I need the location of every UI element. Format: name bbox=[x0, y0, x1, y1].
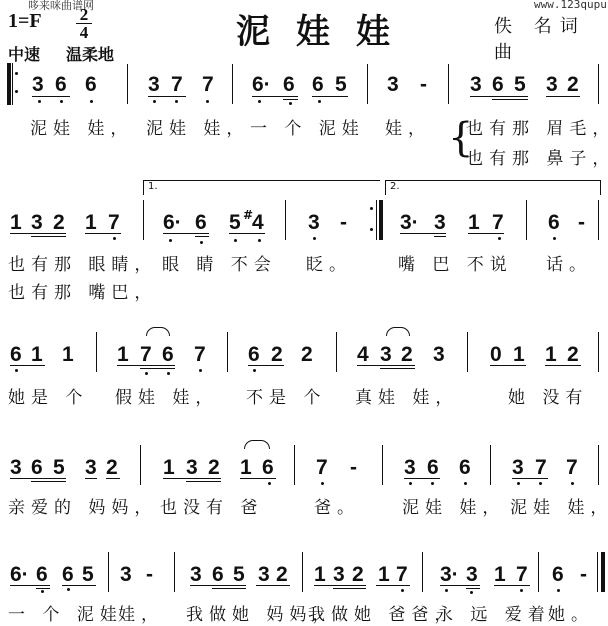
key-signature: 1=F bbox=[8, 10, 42, 33]
time-sig-bottom: 4 bbox=[80, 23, 89, 42]
note: 3 bbox=[387, 74, 399, 96]
note: 6 bbox=[459, 457, 471, 479]
lyric: 我做她 爸爸， bbox=[308, 600, 457, 625]
note: 6· bbox=[163, 212, 182, 234]
note: 6 bbox=[427, 457, 439, 479]
lyric: 也有那 眼睛， bbox=[8, 250, 157, 275]
song-title: 泥娃娃 bbox=[236, 4, 416, 53]
note: 3 bbox=[466, 564, 478, 586]
note: 3 bbox=[333, 564, 345, 586]
author-credit: 佚 名词曲 bbox=[494, 12, 608, 64]
note: 3 bbox=[434, 212, 446, 234]
note: 6 bbox=[62, 564, 74, 586]
lyric: 泥娃 娃， bbox=[146, 114, 249, 139]
lyric: 眨。 bbox=[306, 250, 352, 275]
note: 7 bbox=[108, 212, 120, 234]
lyric: 话。 bbox=[546, 250, 592, 275]
note: 3 bbox=[148, 74, 160, 96]
note: - bbox=[580, 564, 587, 586]
note: 7 bbox=[316, 457, 328, 479]
note: 6 bbox=[548, 212, 560, 234]
note: 3 bbox=[32, 74, 44, 96]
note: 7 bbox=[171, 74, 183, 96]
note: 7 bbox=[140, 344, 152, 366]
slur bbox=[386, 327, 410, 336]
lyric: 泥娃 娃， bbox=[402, 493, 505, 518]
volta-2: 2. bbox=[385, 180, 601, 195]
note: 7 bbox=[566, 457, 578, 479]
lyric: 亲爱的 妈妈， bbox=[8, 493, 157, 518]
note: 6 bbox=[195, 212, 207, 234]
lyric: 也没有 爸 bbox=[160, 493, 263, 518]
note: 6 bbox=[212, 564, 224, 586]
note: 3 bbox=[31, 212, 43, 234]
note: - bbox=[350, 457, 357, 479]
note: 2 bbox=[352, 564, 364, 586]
note: 2 bbox=[271, 344, 283, 366]
note: - bbox=[146, 564, 153, 586]
lyric: 眼 睛 不会 bbox=[162, 250, 277, 275]
lyric: 她是 个 bbox=[8, 383, 88, 408]
note: 5 bbox=[82, 564, 94, 586]
note: 1 bbox=[314, 564, 326, 586]
lyric: 嘴 巴 不说 bbox=[398, 250, 513, 275]
note: 1 bbox=[117, 344, 129, 366]
note: 1 bbox=[545, 344, 557, 366]
note: 6 bbox=[10, 344, 22, 366]
note: 7 bbox=[492, 212, 504, 234]
note: 5 bbox=[53, 457, 65, 479]
note: 3 bbox=[433, 344, 445, 366]
note: 2 bbox=[401, 344, 413, 366]
note: - bbox=[340, 212, 347, 234]
lyric: 爸。 bbox=[314, 493, 360, 518]
expression-marking: 温柔地 bbox=[66, 42, 114, 65]
lyric: 真娃 娃， bbox=[355, 383, 458, 408]
note: 3 bbox=[546, 74, 558, 96]
lyric: 永 远 爱着 bbox=[436, 600, 551, 625]
note: 2 bbox=[567, 344, 579, 366]
note: 6 bbox=[85, 74, 97, 96]
note: 2 bbox=[106, 457, 118, 479]
note: 3 bbox=[186, 457, 198, 479]
note: 6 bbox=[162, 344, 174, 366]
note: 3 bbox=[120, 564, 132, 586]
note: 7 bbox=[202, 74, 214, 96]
note: 3 bbox=[258, 564, 270, 586]
note: 1 bbox=[85, 212, 97, 234]
note: - bbox=[420, 74, 427, 96]
note: 6 bbox=[36, 564, 48, 586]
tempo-marking: 中速 bbox=[8, 42, 40, 65]
lyric: 泥娃 娃， bbox=[510, 493, 608, 518]
note: 1 bbox=[31, 344, 43, 366]
note: 5 bbox=[229, 212, 241, 234]
lyric: 不是 个 bbox=[246, 383, 326, 408]
note: - bbox=[578, 212, 585, 234]
note: 1 bbox=[240, 457, 252, 479]
note: 1 bbox=[10, 212, 22, 234]
lyric: 娃， bbox=[118, 600, 164, 625]
note: 6 bbox=[312, 74, 324, 96]
note: 6 bbox=[492, 74, 504, 96]
note: 2 bbox=[567, 74, 579, 96]
note: 7 bbox=[396, 564, 408, 586]
site-url: www.123qupu. bbox=[534, 0, 608, 11]
note: 1 bbox=[163, 457, 175, 479]
note: 6 bbox=[283, 74, 295, 96]
lyric: 一 个 泥娃 bbox=[8, 600, 123, 625]
note: 3 bbox=[190, 564, 202, 586]
note: 7 bbox=[194, 344, 206, 366]
lyric: 一 个 泥娃 bbox=[250, 114, 365, 139]
time-sig-top: 2 bbox=[80, 5, 89, 24]
lyric: 她 没有 bbox=[508, 383, 588, 408]
note: 6 bbox=[55, 74, 67, 96]
note: 7 bbox=[516, 564, 528, 586]
note: 6 bbox=[248, 344, 260, 366]
lyric: 娃， bbox=[385, 114, 431, 139]
note: 3 bbox=[85, 457, 97, 479]
note: 6 bbox=[31, 457, 43, 479]
note: 5 bbox=[233, 564, 245, 586]
note: 1 bbox=[468, 212, 480, 234]
note: 4 bbox=[252, 212, 264, 234]
lyric: 她。 bbox=[548, 600, 594, 625]
lyric: 泥娃 娃， bbox=[30, 114, 133, 139]
note: 1 bbox=[62, 344, 74, 366]
note: 6 bbox=[552, 564, 564, 586]
note: 0 bbox=[490, 344, 502, 366]
slur bbox=[244, 440, 270, 449]
lyric: 假娃 娃， bbox=[115, 383, 218, 408]
note: 2 bbox=[301, 344, 313, 366]
note: 3 bbox=[308, 212, 320, 234]
lyric-verse-2: 也有那 鼻子， bbox=[466, 144, 608, 169]
time-signature: 2 4 bbox=[72, 6, 96, 41]
note: 3 bbox=[380, 344, 392, 366]
note: 5 bbox=[514, 74, 526, 96]
volta-1: 1. bbox=[143, 180, 380, 195]
note: 3 bbox=[10, 457, 22, 479]
note: 6· bbox=[252, 74, 271, 96]
note: 3· bbox=[400, 212, 419, 234]
note: 1 bbox=[494, 564, 506, 586]
note: 3 bbox=[404, 457, 416, 479]
note: 3 bbox=[512, 457, 524, 479]
slur bbox=[146, 327, 170, 336]
note: 1 bbox=[378, 564, 390, 586]
note: 6 bbox=[262, 457, 274, 479]
note: 4 bbox=[357, 344, 369, 366]
lyric: 也有那 眉毛， bbox=[466, 114, 608, 139]
note: 2 bbox=[276, 564, 288, 586]
lyric-verse-2: 也有那 嘴巴， bbox=[8, 278, 157, 303]
note: 7 bbox=[535, 457, 547, 479]
note: 2 bbox=[53, 212, 65, 234]
note: 5 bbox=[335, 74, 347, 96]
note: 1 bbox=[513, 344, 525, 366]
note: 2 bbox=[208, 457, 220, 479]
note: 3 bbox=[470, 74, 482, 96]
note: 6· bbox=[10, 564, 29, 586]
note: 3· bbox=[440, 564, 459, 586]
